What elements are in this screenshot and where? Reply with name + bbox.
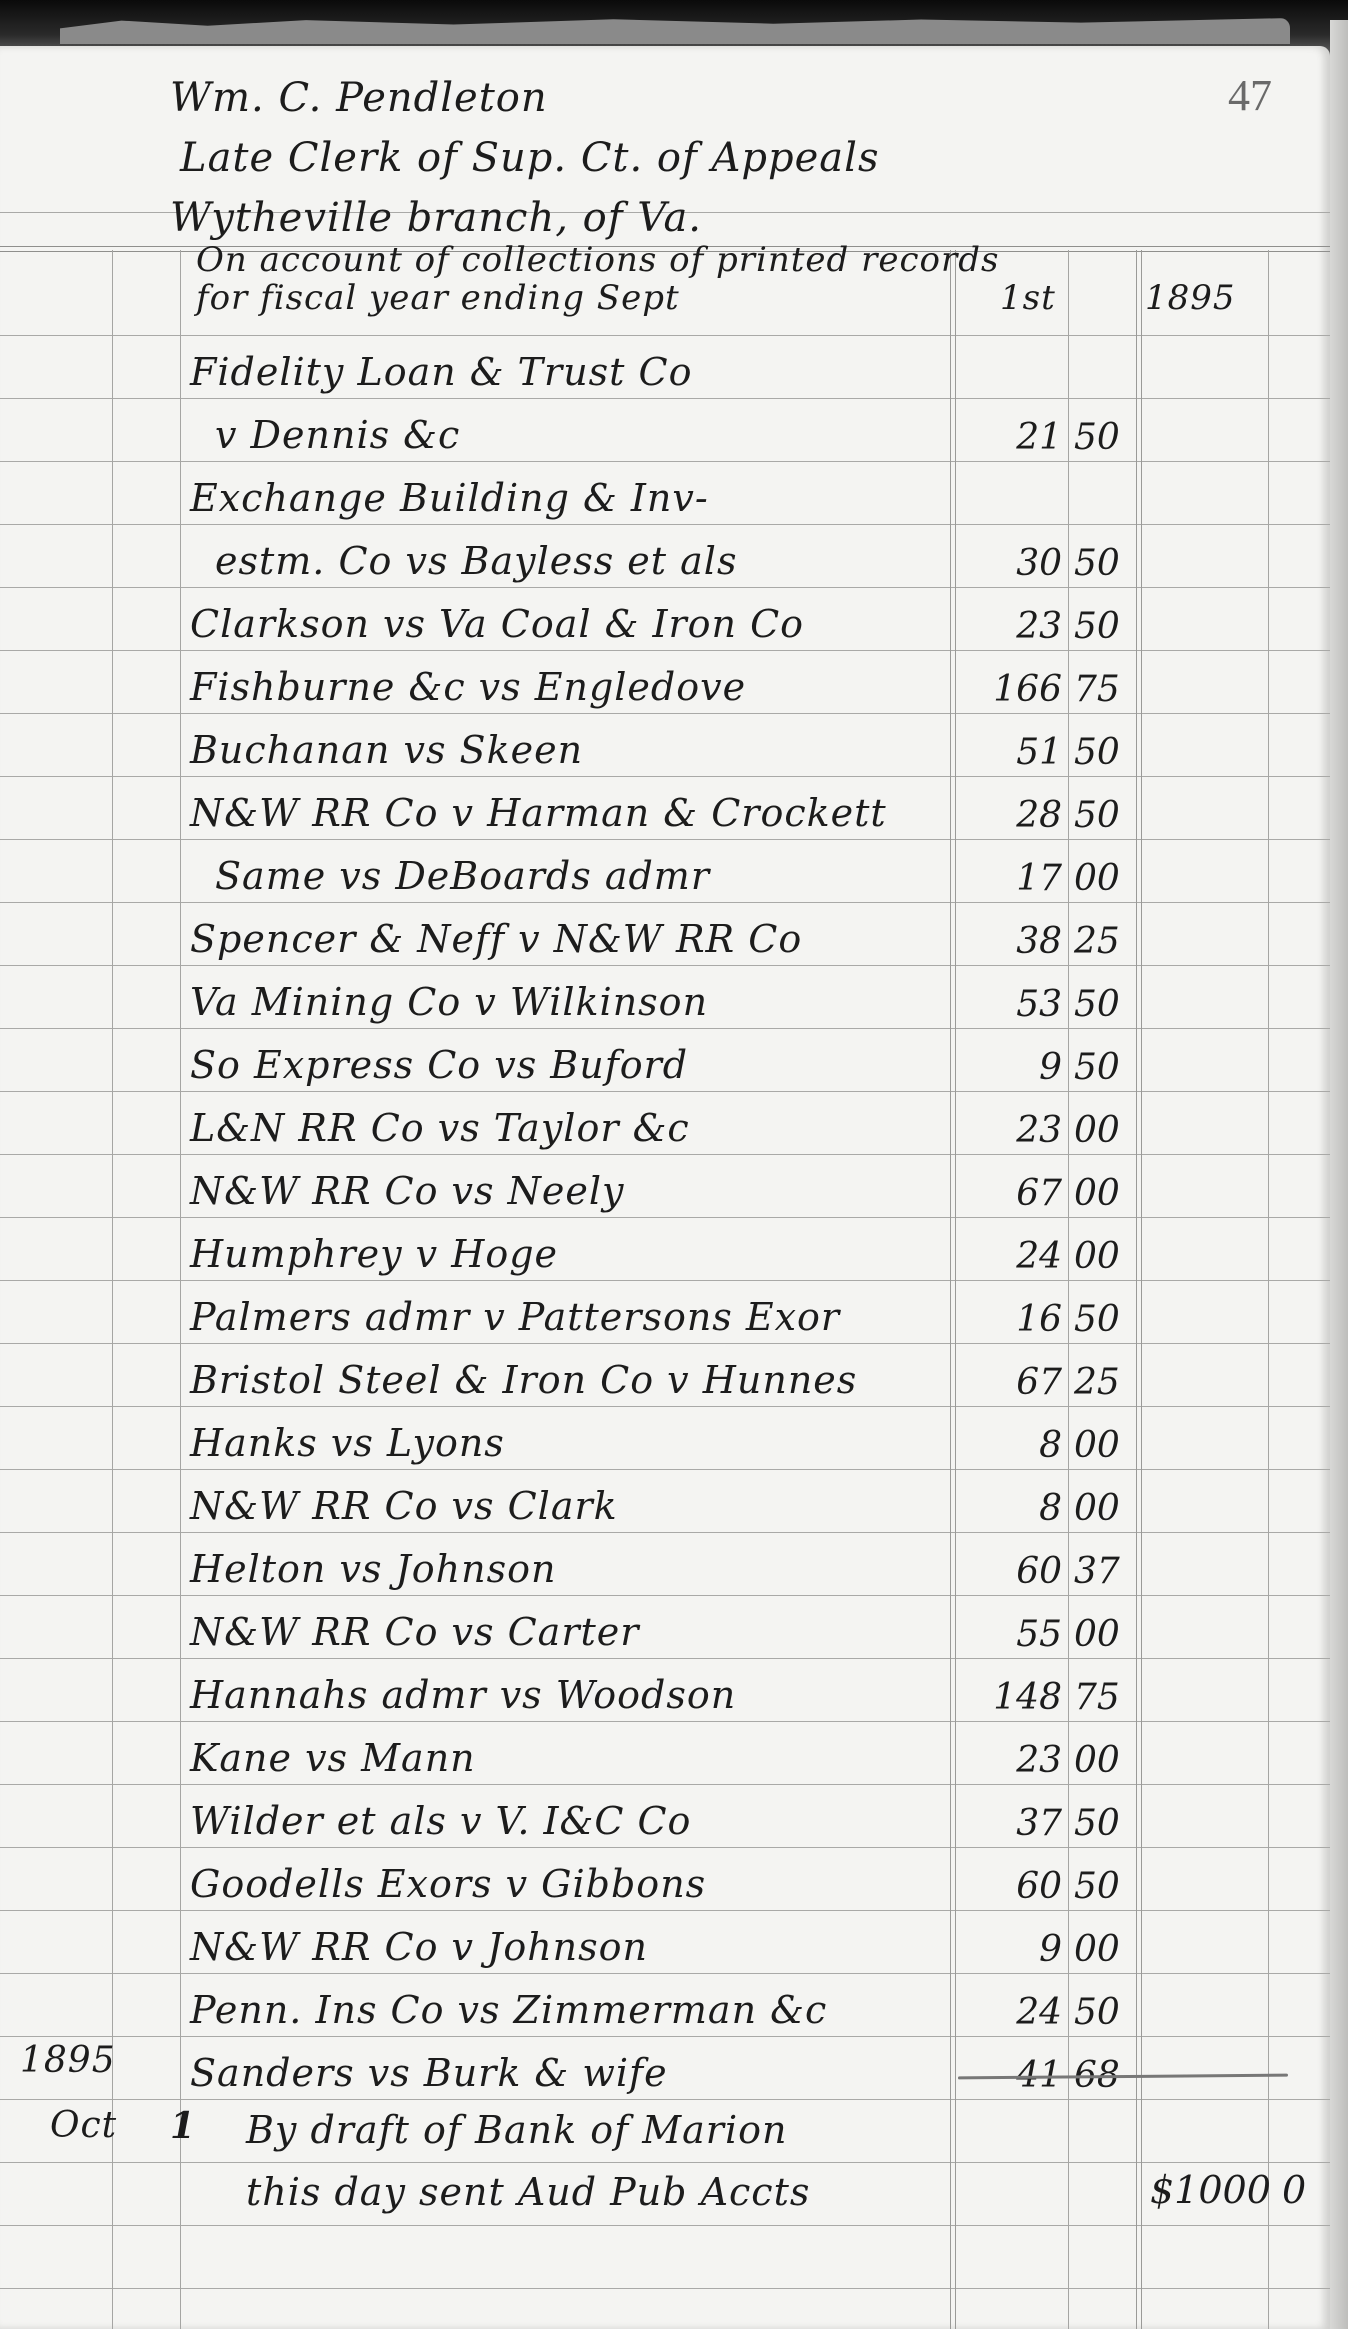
case-name: Kane vs Mann	[190, 1736, 476, 1780]
amount-dollars: 60	[952, 1551, 1062, 1592]
period-year: 1895	[1145, 278, 1236, 318]
case-name: Goodells Exors v Gibbons	[190, 1862, 706, 1906]
amount-cents: 75	[1074, 1677, 1140, 1718]
amount-cents: 50	[1074, 795, 1140, 836]
amount-dollars: 16	[952, 1299, 1062, 1340]
ruled-line	[0, 1154, 1330, 1155]
settlement-total: $1000	[1150, 2168, 1270, 2212]
case-name: Same vs DeBoards admr	[215, 854, 710, 898]
case-name: Sanders vs Burk & wife	[190, 2051, 668, 2095]
amount-dollars: 51	[952, 732, 1062, 773]
column-rule	[112, 250, 113, 2329]
case-name: Spencer & Neff v N&W RR Co	[190, 917, 802, 961]
amount-cents: 00	[1074, 1173, 1140, 1214]
ruled-line	[0, 1028, 1330, 1029]
case-name: Buchanan vs Skeen	[190, 728, 583, 772]
amount-dollars: 38	[952, 921, 1062, 962]
column-rule	[1268, 250, 1269, 2329]
amount-cents: 50	[1074, 1866, 1140, 1907]
settlement-month: Oct	[50, 2105, 117, 2146]
amount-dollars: 60	[952, 1866, 1062, 1907]
amount-dollars: 9	[952, 1047, 1062, 1088]
amount-cents: 00	[1074, 1110, 1140, 1151]
case-name: So Express Co vs Buford	[190, 1043, 688, 1087]
ruled-line	[0, 1280, 1330, 1281]
account-branch: Wytheville branch, of Va.	[170, 195, 702, 241]
case-name: Penn. Ins Co vs Zimmerman &c	[190, 1988, 827, 2032]
case-name: Fidelity Loan & Trust Co	[190, 350, 692, 394]
ruled-line	[0, 1343, 1330, 1344]
amount-cents: 50	[1074, 1803, 1140, 1844]
ruled-line	[0, 398, 1330, 399]
amount-dollars: 37	[952, 1803, 1062, 1844]
case-name: v Dennis &c	[215, 413, 460, 457]
ruled-line	[0, 2036, 1330, 2037]
amount-dollars: 55	[952, 1614, 1062, 1655]
ruled-line	[0, 1658, 1330, 1659]
page-number: 47	[1228, 70, 1272, 121]
ruled-line	[0, 2162, 1330, 2163]
amount-dollars: 8	[952, 1488, 1062, 1529]
amount-cents: 50	[1074, 1047, 1140, 1088]
amount-dollars: 9	[952, 1929, 1062, 1970]
amount-dollars: 148	[952, 1677, 1062, 1718]
ruled-line	[0, 587, 1330, 588]
amount-dollars: 23	[952, 1110, 1062, 1151]
amount-dollars: 30	[952, 543, 1062, 584]
case-name: L&N RR Co vs Taylor &c	[190, 1106, 690, 1150]
case-name: estm. Co vs Bayless et als	[215, 539, 737, 583]
ruled-line	[0, 776, 1330, 777]
amount-cents: 75	[1074, 669, 1140, 710]
ruled-line	[0, 1091, 1330, 1092]
account-period: for fiscal year ending Sept	[196, 278, 680, 318]
account-name: Wm. C. Pendleton	[170, 75, 548, 121]
amount-cents: 00	[1074, 1488, 1140, 1529]
settlement-line-1: By draft of Bank of Marion	[246, 2108, 787, 2152]
ruled-line	[0, 965, 1330, 966]
ruled-line	[0, 461, 1330, 462]
ruled-line	[0, 2288, 1330, 2289]
ruled-line	[0, 713, 1330, 714]
case-name: Hanks vs Lyons	[190, 1421, 505, 1465]
amount-cents: 37	[1074, 1551, 1140, 1592]
amount-cents: 50	[1074, 984, 1140, 1025]
case-name: Bristol Steel & Iron Co v Hunnes	[190, 1358, 857, 1402]
case-name: Exchange Building & Inv-	[190, 476, 709, 520]
amount-dollars: 23	[952, 606, 1062, 647]
amount-dollars: 166	[952, 669, 1062, 710]
amount-dollars: 8	[952, 1425, 1062, 1466]
amount-cents: 50	[1074, 1992, 1140, 2033]
ruled-line	[0, 650, 1330, 651]
amount-cents: 50	[1074, 1299, 1140, 1340]
ruled-line	[0, 1532, 1330, 1533]
column-rule	[180, 250, 181, 2329]
ruled-line	[0, 2225, 1330, 2226]
settlement-year: 1895	[20, 2040, 116, 2081]
case-name: N&W RR Co vs Carter	[190, 1610, 639, 1654]
amount-cents: 00	[1074, 1236, 1140, 1277]
column-rule	[1068, 250, 1069, 2329]
ruled-line	[0, 2099, 1330, 2100]
amount-dollars: 67	[952, 1362, 1062, 1403]
amount-cents: 50	[1074, 732, 1140, 773]
case-name: N&W RR Co vs Neely	[190, 1169, 624, 1213]
period-day: 1st	[1000, 278, 1056, 318]
case-name: Wilder et als v V. I&C Co	[190, 1799, 691, 1843]
amount-dollars: 28	[952, 795, 1062, 836]
amount-cents: 50	[1074, 417, 1140, 458]
ruled-line	[0, 1595, 1330, 1596]
case-name: N&W RR Co v Johnson	[190, 1925, 648, 1969]
amount-dollars: 67	[952, 1173, 1062, 1214]
page-stack-edge	[1330, 20, 1348, 2329]
amount-cents: 50	[1074, 606, 1140, 647]
settlement-line-2: this day sent Aud Pub Accts	[246, 2170, 810, 2214]
account-title: Late Clerk of Sup. Ct. of Appeals	[180, 135, 879, 181]
amount-cents: 25	[1074, 921, 1140, 962]
ruled-line	[0, 335, 1330, 336]
settlement-total-cents: 0	[1282, 2168, 1342, 2212]
case-name: Humphrey v Hoge	[190, 1232, 558, 1276]
amount-dollars: 24	[952, 1992, 1062, 2033]
case-name: Fishburne &c vs Engledove	[190, 665, 746, 709]
case-name: Palmers admr v Pattersons Exor	[190, 1295, 840, 1339]
amount-cents: 00	[1074, 1740, 1140, 1781]
case-name: N&W RR Co vs Clark	[190, 1484, 618, 1528]
ruled-line	[0, 1847, 1330, 1848]
amount-dollars: 24	[952, 1236, 1062, 1277]
amount-cents: 00	[1074, 1614, 1140, 1655]
case-name: Helton vs Johnson	[190, 1547, 556, 1591]
ruled-line	[0, 524, 1330, 525]
account-description: On account of collections of printed rec…	[196, 240, 999, 280]
amount-dollars: 21	[952, 417, 1062, 458]
ruled-line	[0, 1469, 1330, 1470]
amount-cents: 00	[1074, 858, 1140, 899]
case-name: Hannahs admr vs Woodson	[190, 1673, 736, 1717]
settlement-day: 1	[170, 2105, 196, 2147]
ruled-line	[0, 839, 1330, 840]
amount-cents: 25	[1074, 1362, 1140, 1403]
ruled-line	[0, 902, 1330, 903]
ruled-line	[0, 1973, 1330, 1974]
amount-cents: 50	[1074, 543, 1140, 584]
case-name: N&W RR Co v Harman & Crockett	[190, 791, 887, 835]
ruled-line	[0, 1406, 1330, 1407]
amount-cents: 00	[1074, 1929, 1140, 1970]
ruled-line	[0, 1721, 1330, 1722]
amount-cents: 00	[1074, 1425, 1140, 1466]
ruled-line	[0, 1217, 1330, 1218]
amount-dollars: 17	[952, 858, 1062, 899]
case-name: Va Mining Co v Wilkinson	[190, 980, 708, 1024]
amount-dollars: 53	[952, 984, 1062, 1025]
ruled-line	[0, 1910, 1330, 1911]
ruled-line	[0, 1784, 1330, 1785]
amount-dollars: 23	[952, 1740, 1062, 1781]
case-name: Clarkson vs Va Coal & Iron Co	[190, 602, 804, 646]
